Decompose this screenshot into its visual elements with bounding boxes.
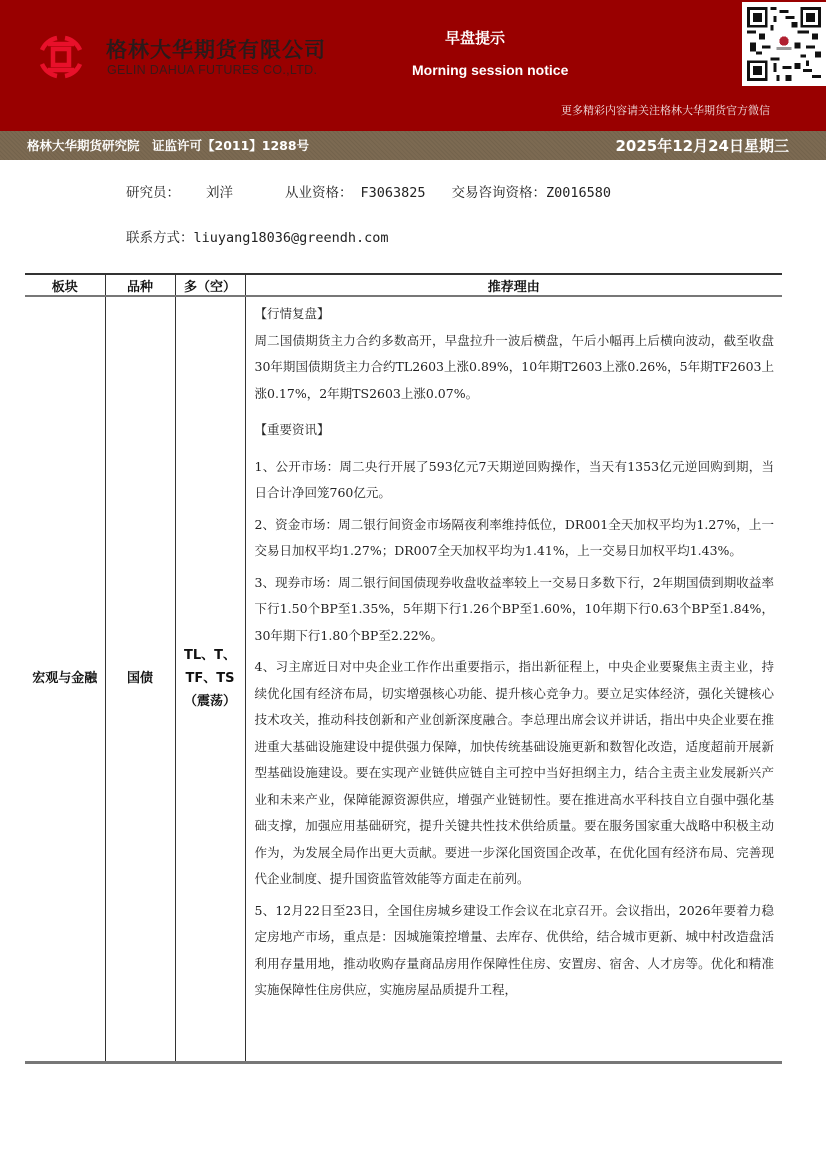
researcher-label: 研究员： xyxy=(126,181,180,201)
wechat-follow-note: 更多精彩内容请关注格林大华期货官方微信 xyxy=(561,102,770,118)
news-item: 5、12月22日至23日，全国住房城乡建设工作会议在北京召开。会议指出，2026… xyxy=(255,898,775,1004)
header-direction: 多（空） xyxy=(175,274,245,296)
company-name-cn: 格林大华期货有限公司 xyxy=(106,34,326,64)
news-item: 3、现券市场：周二银行间国债现券收盘收益率较上一交易日多数下行，2年期国债到期收… xyxy=(255,570,775,650)
header-sector: 板块 xyxy=(25,274,105,296)
direction-cell: TL、T、 TF、TS （震荡） xyxy=(175,296,245,1062)
news-heading: 【重要资讯】 xyxy=(255,417,775,444)
contact-info: 联系方式：liuyang18036@greendh.com xyxy=(126,226,389,246)
wechat-qr-code-icon xyxy=(742,2,826,86)
table-header-row: 板块 品种 多（空） 推荐理由 xyxy=(25,274,782,296)
news-item: 4、习主席近日对中央企业工作作出重要指示，指出新征程上，中央企业要聚焦主责主业，… xyxy=(255,654,775,893)
qualification-id: F3063825 xyxy=(361,185,426,201)
researcher-name: 刘洋 xyxy=(206,181,233,201)
variety-cell: 国债 xyxy=(105,296,175,1062)
company-logo-icon xyxy=(34,34,88,80)
report-header: 格林大华期货有限公司 GELIN DAHUA FUTURES CO.,LTD. … xyxy=(0,0,826,131)
consult-id: Z0016580 xyxy=(546,185,611,201)
qualification-label: 从业资格： xyxy=(285,181,353,201)
news-item: 1、公开市场：周二央行开展了593亿元7天期逆回购操作，当天有1353亿元逆回购… xyxy=(255,454,775,507)
contact-email[interactable]: liuyang18036@greendh.com xyxy=(194,230,389,246)
company-name-en: GELIN DAHUA FUTURES CO.,LTD. xyxy=(107,63,317,77)
review-heading: 【行情复盘】 xyxy=(255,301,775,328)
header-variety: 品种 xyxy=(105,274,175,296)
recommendation-table: 板块 品种 多（空） 推荐理由 宏观与金融 国债 TL、T、 TF、TS （震荡… xyxy=(25,273,782,1064)
report-date: 2025年12月24日星期三 xyxy=(616,135,790,156)
contact-label: 联系方式： xyxy=(126,226,194,246)
reason-cell: 【行情复盘】 周二国债期货主力合约多数高开，早盘拉升一波后横盘，午后小幅再上后横… xyxy=(245,296,782,1062)
info-bar: 格林大华期货研究院 证监许可【2011】1288号 2025年12月24日星期三 xyxy=(0,131,826,160)
institute-license: 格林大华期货研究院 证监许可【2011】1288号 xyxy=(27,136,309,154)
consult-label: 交易咨询资格： xyxy=(452,181,547,201)
sector-cell: 宏观与金融 xyxy=(25,296,105,1062)
report-title-en: Morning session notice xyxy=(412,62,568,78)
header-reason: 推荐理由 xyxy=(245,274,782,296)
report-title-cn: 早盘提示 xyxy=(445,27,505,48)
review-text: 周二国债期货主力合约多数高开，早盘拉升一波后横盘，午后小幅再上后横向波动，截至收… xyxy=(255,328,775,408)
table-row: 宏观与金融 国债 TL、T、 TF、TS （震荡） 【行情复盘】 周二国债期货主… xyxy=(25,296,782,1062)
news-item: 2、资金市场：周二银行间资金市场隔夜利率维持低位，DR001全天加权平均为1.2… xyxy=(255,512,775,565)
author-info: 研究员：刘洋从业资格：F3063825交易咨询资格：Z0016580 xyxy=(126,181,611,201)
